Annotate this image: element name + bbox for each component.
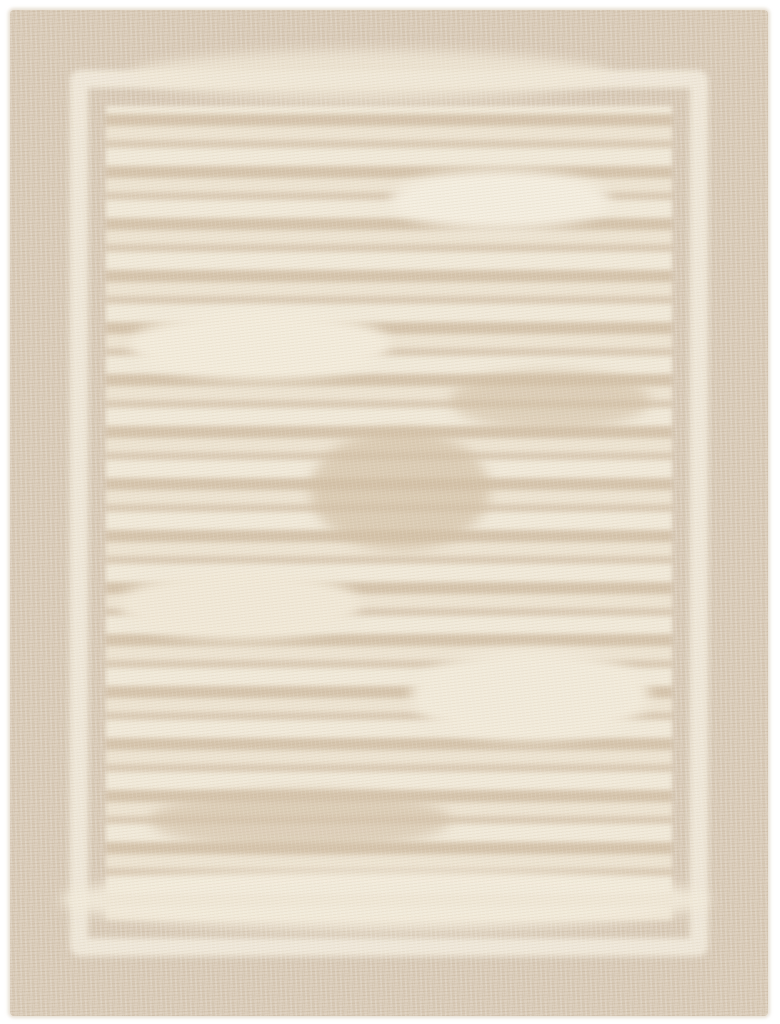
pattern-blot <box>390 170 610 230</box>
pattern-blot <box>450 370 650 430</box>
pattern-blot <box>310 430 490 550</box>
pattern-blot <box>130 50 610 100</box>
pattern-blot <box>410 650 650 740</box>
pattern-blot <box>120 570 360 640</box>
pattern-blot <box>60 870 710 930</box>
pattern-blot <box>150 790 450 850</box>
shag-rug <box>10 10 768 1016</box>
pattern-blot <box>130 310 390 380</box>
